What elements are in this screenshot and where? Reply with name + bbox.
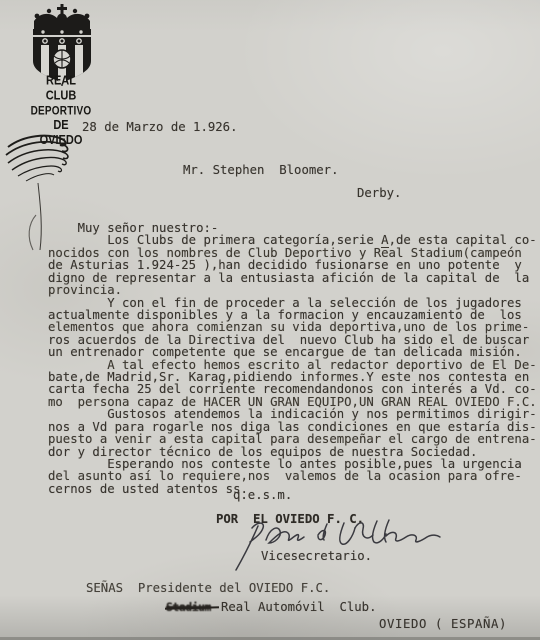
body-line: provincia.: [48, 284, 540, 296]
handwritten-signature: [222, 518, 444, 574]
scanned-letter: REALCLUBDEPORTIVODEOVIEDO 28 de Marzo de…: [0, 0, 540, 640]
place-line: OVIEDO ( ESPAÑA): [379, 618, 507, 630]
body-line: cernos de usted atentos ss.: [48, 483, 540, 495]
address-label: SEÑAS Presidente del OVIEDO F.C.: [86, 582, 330, 594]
body-line: del asunto así lo requiere,nos valemos d…: [48, 470, 540, 482]
address-line-2: Real Automóvil Club.: [221, 601, 376, 613]
letter-body: Muy señor nuestro:- Los Clubs de primera…: [48, 222, 540, 495]
club-name-line: REAL: [17, 74, 105, 89]
body-line: Gustosos atendemos la indicación y nos p…: [48, 408, 540, 420]
signer-role: Vicesecretario.: [261, 550, 372, 562]
date-line: 28 de Marzo de 1.926.: [82, 121, 237, 133]
body-line: un entrenador competente que se encargue…: [48, 346, 540, 358]
recipient-name: Mr. Stephen Bloomer.: [183, 164, 338, 176]
courtesy-formula: q.e.s.m.: [233, 489, 292, 501]
body-line: puesto a venir a esta capital para desem…: [48, 433, 540, 445]
pen-mark-icon: [24, 214, 40, 252]
body-line: Los Clubs de primera categoría,serie A,d…: [48, 234, 540, 246]
recipient-city: Derby.: [357, 187, 401, 199]
club-name-line: DEPORTIVO: [17, 104, 105, 119]
club-name-line: CLUB: [17, 89, 105, 104]
body-line: elementos que ahora comienzan su vida de…: [48, 321, 540, 333]
crown-icon: [33, 4, 91, 35]
body-line: de Asturias 1.924-25 ),han decidido fusi…: [48, 259, 540, 271]
